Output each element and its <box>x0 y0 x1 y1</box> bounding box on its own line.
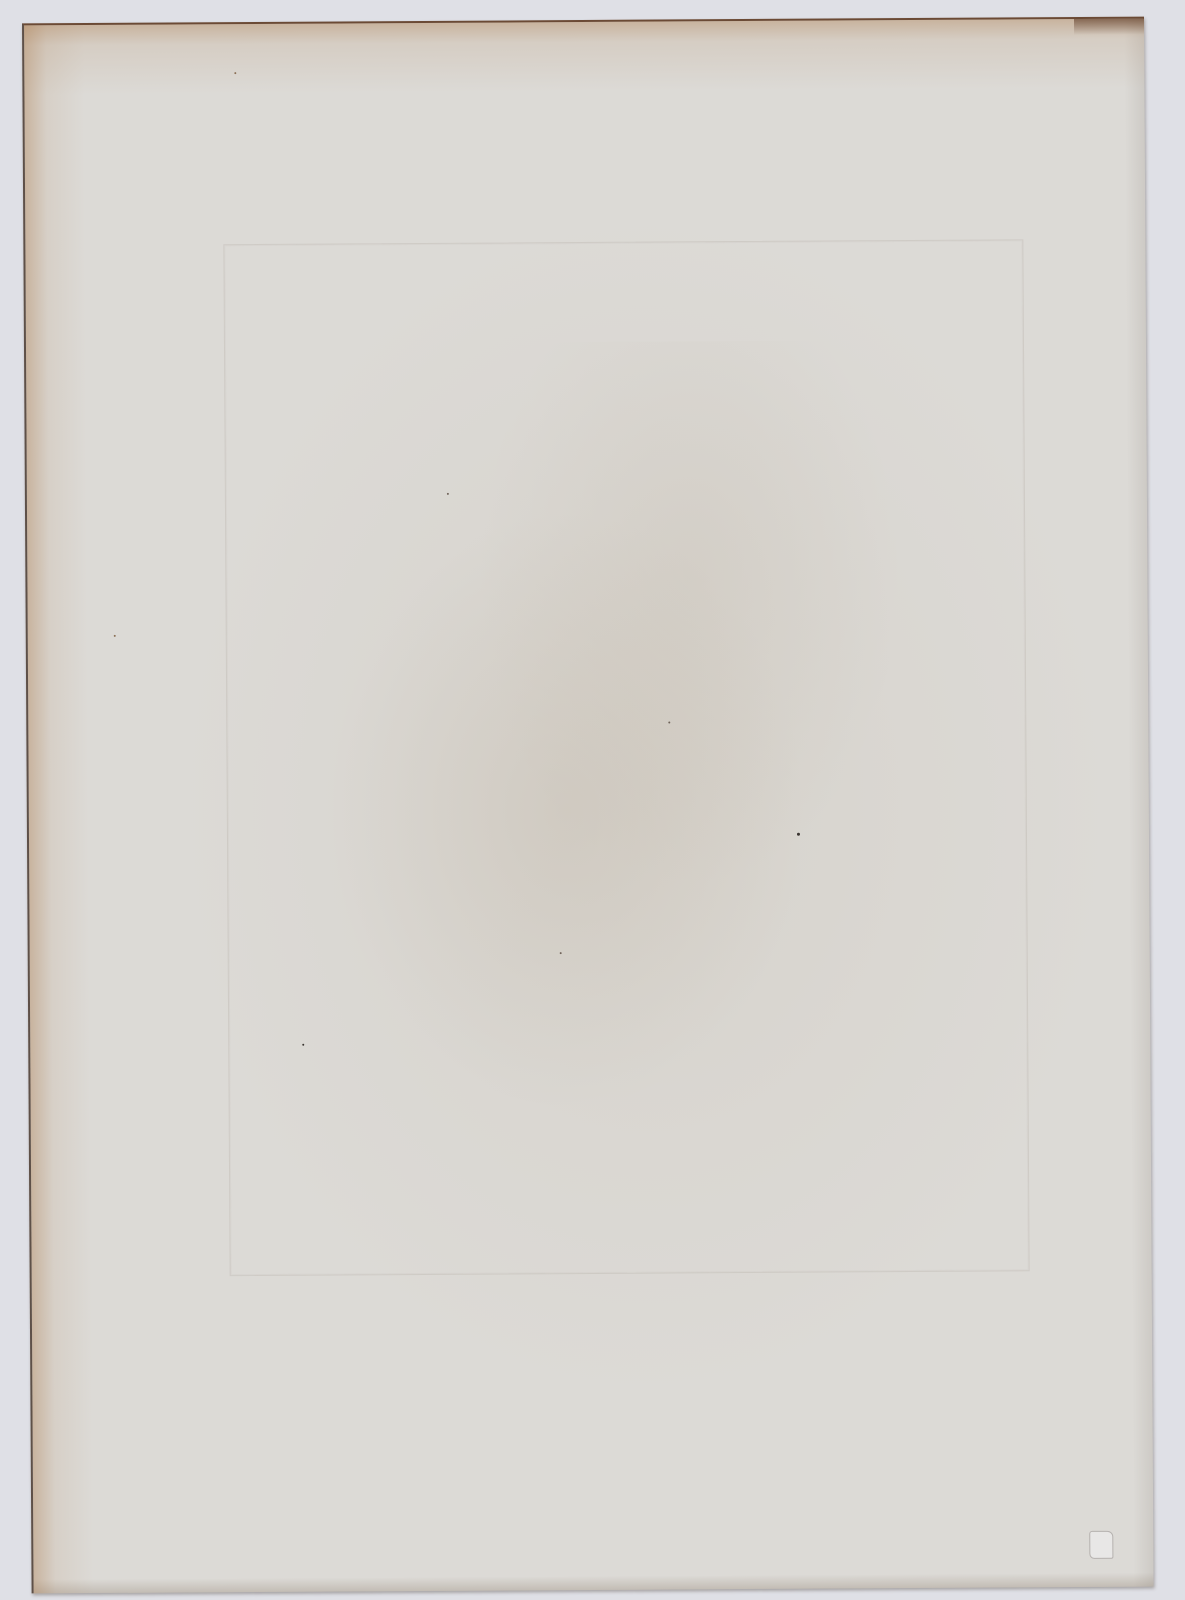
corner-crease <box>1089 1531 1113 1559</box>
photo-background: Blank reverse side of an aged paper shee… <box>0 0 1185 1600</box>
foxing-speck <box>447 493 449 495</box>
foxing-speck <box>234 72 236 74</box>
foxing-speck <box>114 635 116 637</box>
corner-stain <box>1074 19 1144 35</box>
foxing-speck <box>560 952 562 954</box>
print-show-through <box>316 340 941 1124</box>
foxing-speck <box>668 721 670 723</box>
foxing-speck <box>302 1044 304 1046</box>
paper-sheet <box>22 17 1154 1594</box>
foxing-speck <box>797 833 800 836</box>
